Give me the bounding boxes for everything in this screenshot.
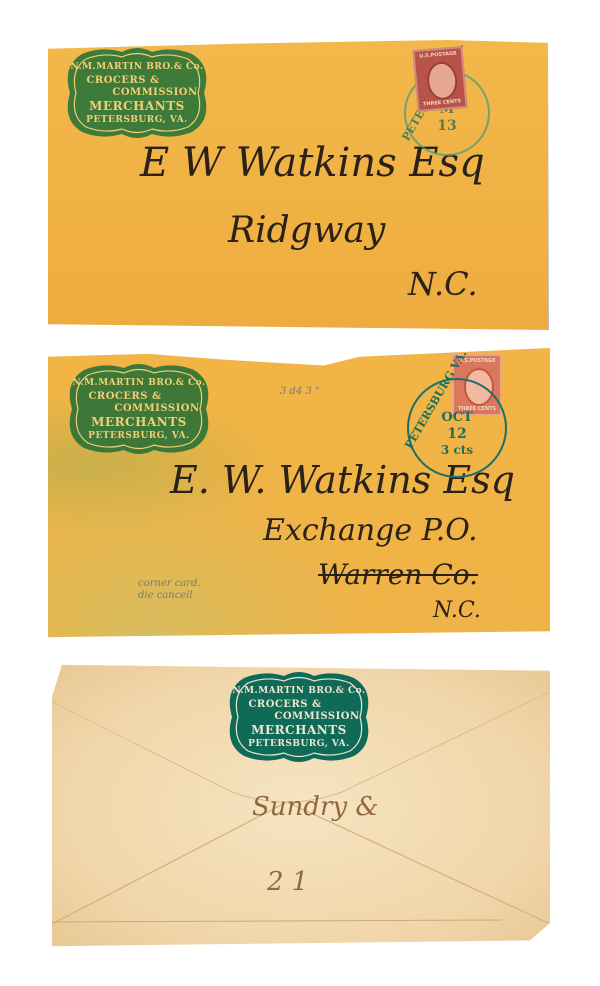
corner-card-commission: COMMISSION (82, 403, 232, 414)
corner-card-city: PETERSBURG, VA. (62, 115, 212, 125)
pencil-marks: 3 d4 3 " (280, 386, 320, 398)
pencil-note-line-2: die cancell (138, 590, 201, 602)
postmark-month: OCT (409, 410, 505, 425)
address-line-4: N.C. (433, 598, 481, 623)
stamp-bottom-label: THREE CENTS (419, 98, 465, 108)
postmark: PETERSBURG VA. OCT 12 3 cts (407, 378, 507, 478)
address-line-3: N.C. (408, 265, 478, 303)
washington-portrait-icon (426, 61, 459, 101)
postmark-day: 13 (406, 118, 488, 134)
stamp-top-label: U.S.POSTAGE (415, 50, 461, 60)
address-line-3: Warren Co. (318, 558, 478, 591)
corner-card-merchants: MERCHANTS (224, 723, 374, 737)
manuscript-docket-1: Sundry & (252, 792, 378, 822)
corner-card-grocers: CROCERS & (48, 75, 198, 86)
postage-stamp: U.S.POSTAGE THREE CENTS (412, 46, 467, 112)
corner-card-commission: COMMISSION (80, 87, 230, 98)
corner-card-city: PETERSBURG, VA. (224, 739, 374, 749)
corner-card-firm: N.M.MARTIN BRO.& Co. (64, 378, 214, 388)
envelope-back: N.M.MARTIN BRO.& Co. CROCERS & COMMISSIO… (52, 662, 550, 952)
postmark-rate: 3 cts (409, 443, 505, 457)
pencil-note: corner card. die cancell (138, 578, 201, 602)
corner-card-firm: N.M.MARTIN BRO.& Co. (224, 686, 374, 696)
address-line-2: Exchange P.O. (263, 513, 478, 548)
corner-card-firm: N.M.MARTIN BRO.& Co. (62, 62, 212, 72)
corner-card-commission: COMMISSION (242, 711, 392, 722)
corner-card: N.M.MARTIN BRO.& Co. CROCERS & COMMISSIO… (224, 670, 374, 764)
address-line-2: Ridgway (228, 210, 385, 251)
corner-card-merchants: MERCHANTS (64, 415, 214, 429)
corner-card-grocers: CROCERS & (210, 699, 360, 710)
manuscript-docket-2: 2 1 (267, 867, 308, 897)
corner-card: N.M.MARTIN BRO.& Co. CROCERS & COMMISSIO… (62, 46, 212, 140)
pencil-note-line-1: corner card. (138, 578, 201, 590)
corner-card-city: PETERSBURG, VA. (64, 431, 214, 441)
corner-card-merchants: MERCHANTS (62, 99, 212, 113)
corner-card-grocers: CROCERS & (50, 391, 200, 402)
corner-card: N.M.MARTIN BRO.& Co. CROCERS & COMMISSIO… (64, 362, 214, 456)
postmark-day: 12 (409, 426, 505, 442)
